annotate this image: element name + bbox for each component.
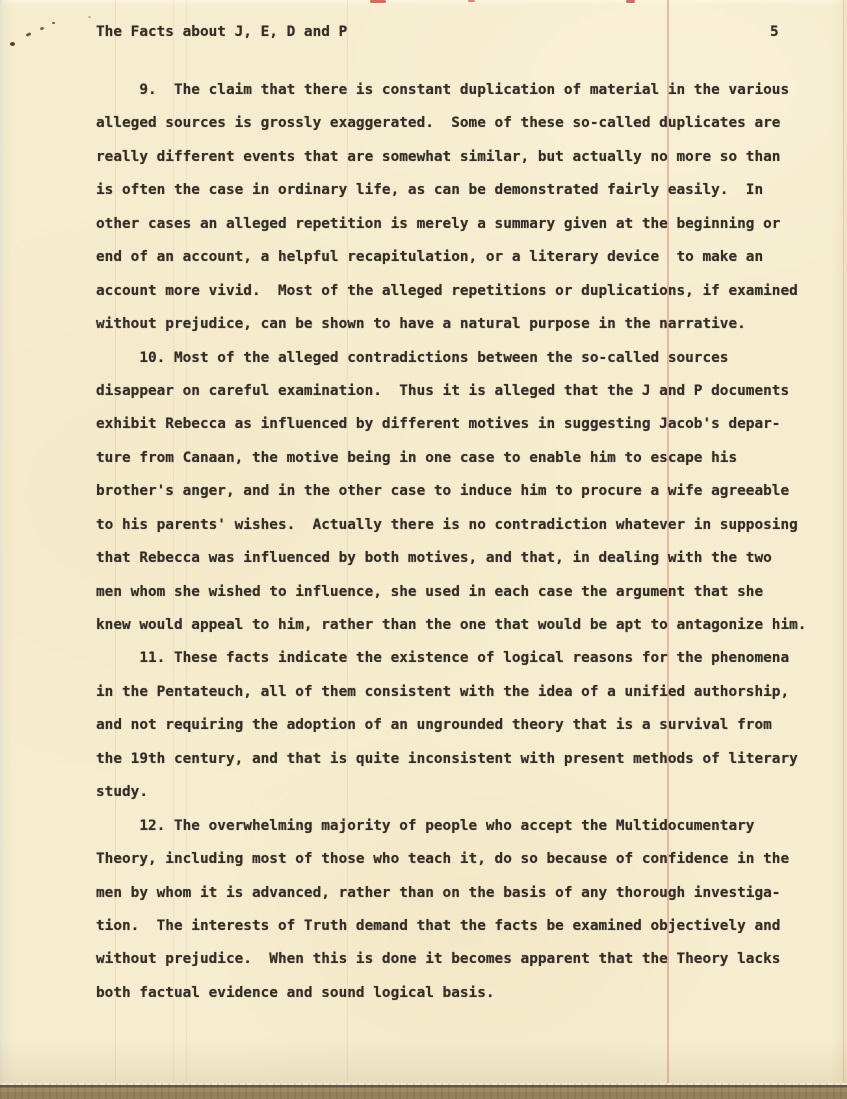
text-line: account more vivid. Most of the alleged …: [96, 275, 826, 308]
text-line: is often the case in ordinary life, as c…: [96, 174, 826, 207]
text-line: men by whom it is advanced, rather than …: [96, 877, 826, 910]
text-line: exhibit Rebecca as influenced by differe…: [96, 408, 826, 441]
text-line: alleged sources is grossly exaggerated. …: [96, 107, 826, 140]
document-body: 9. The claim that there is constant dupl…: [96, 74, 826, 1010]
text-line: other cases an alleged repetition is mer…: [96, 208, 826, 241]
page-bottom-edge: [0, 1083, 847, 1099]
text-line: 11. These facts indicate the existence o…: [96, 642, 826, 675]
text-line: study.: [96, 776, 826, 809]
bottom-shading: [0, 1038, 847, 1083]
text-line: to his parents' wishes. Actually there i…: [96, 509, 826, 542]
paragraph-9: 9. The claim that there is constant dupl…: [96, 74, 826, 342]
scanned-document-page: The Facts about J, E, D and P 5 9. The c…: [0, 0, 847, 1099]
ink-speck: [88, 16, 91, 18]
scan-edge-mark: [370, 0, 386, 3]
paragraph-11: 11. These facts indicate the existence o…: [96, 642, 826, 809]
text-line: men whom she wished to influence, she us…: [96, 576, 826, 609]
text-line: both factual evidence and sound logical …: [96, 977, 826, 1010]
text-line: 9. The claim that there is constant dupl…: [96, 74, 826, 107]
paragraph-10: 10. Most of the alleged contradictions b…: [96, 342, 826, 643]
ink-speck: [52, 22, 55, 24]
ink-speck: [10, 42, 15, 46]
text-line: ture from Canaan, the motive being in on…: [96, 442, 826, 475]
text-line: disappear on careful examination. Thus i…: [96, 375, 826, 408]
text-line: and not requiring the adoption of an ung…: [96, 709, 826, 742]
paragraph-12: 12. The overwhelming majority of people …: [96, 810, 826, 1011]
text-line: knew would appeal to him, rather than th…: [96, 609, 826, 642]
text-line: in the Pentateuch, all of them consisten…: [96, 676, 826, 709]
text-line: really different events that are somewha…: [96, 141, 826, 174]
scan-edge-mark: [626, 0, 635, 3]
page-left-edge: [0, 0, 3, 1099]
text-line: 10. Most of the alleged contradictions b…: [96, 342, 826, 375]
text-line: end of an account, a helpful recapitulat…: [96, 241, 826, 274]
text-line: tion. The interests of Truth demand that…: [96, 910, 826, 943]
text-line: that Rebecca was influenced by both moti…: [96, 542, 826, 575]
page-title: The Facts about J, E, D and P: [96, 24, 347, 40]
text-line: 12. The overwhelming majority of people …: [96, 810, 826, 843]
ink-speck: [40, 26, 45, 30]
scan-edge-mark: [468, 0, 475, 2]
right-margin-rule: [843, 0, 844, 1083]
text-line: without prejudice, can be shown to have …: [96, 308, 826, 341]
page-number: 5: [770, 24, 779, 40]
text-line: the 19th century, and that is quite inco…: [96, 743, 826, 776]
text-line: brother's anger, and in the other case t…: [96, 475, 826, 508]
text-line: Theory, including most of those who teac…: [96, 843, 826, 876]
text-line: without prejudice. When this is done it …: [96, 943, 826, 976]
ink-speck: [26, 32, 32, 37]
